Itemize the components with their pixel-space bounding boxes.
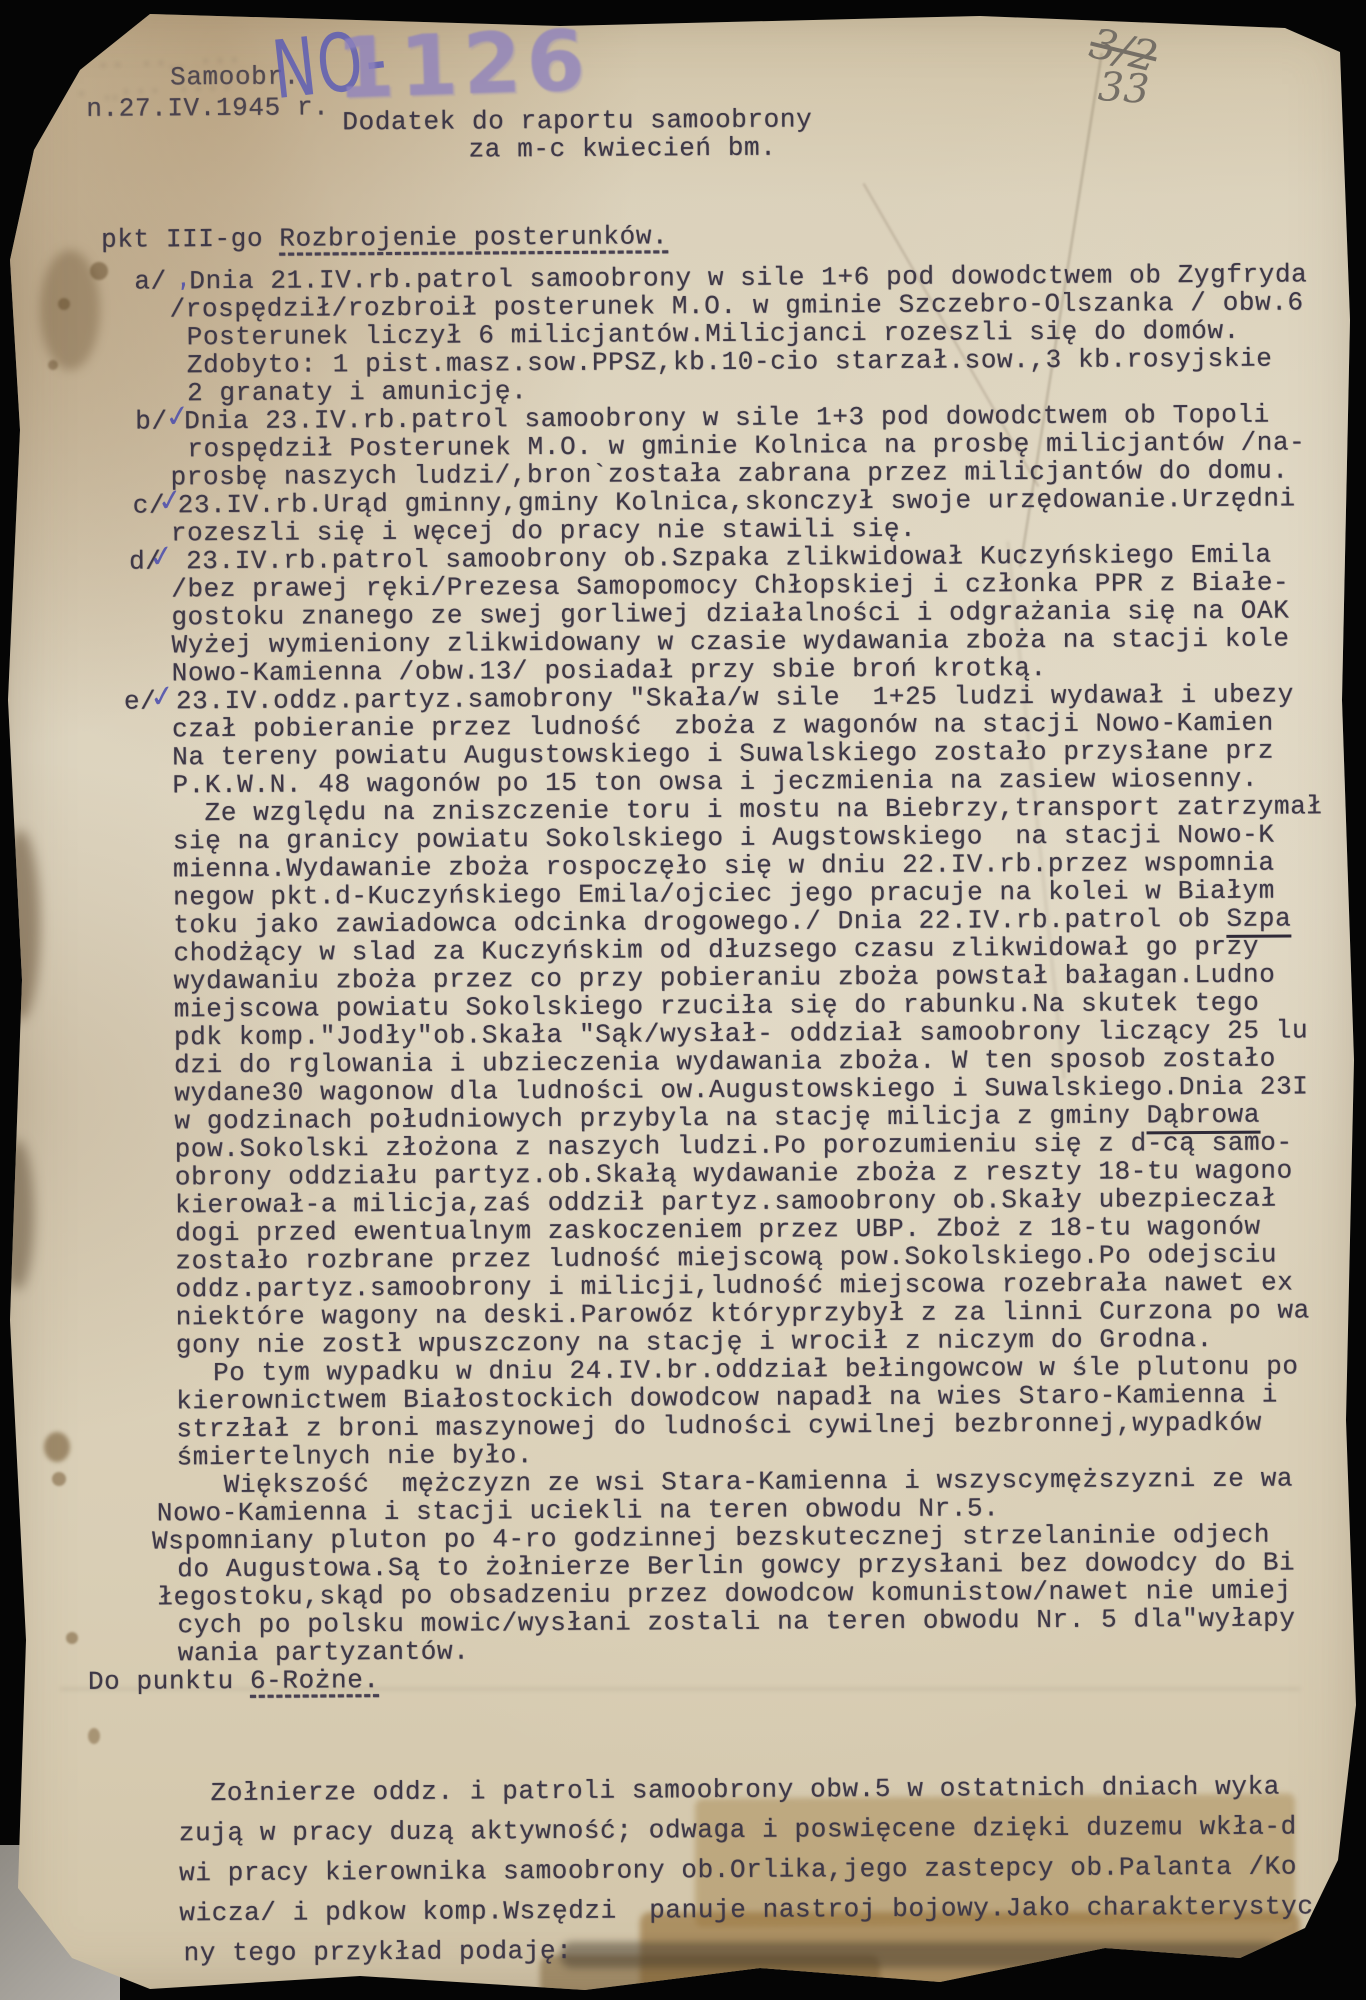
handwritten-checkmark: , <box>175 263 189 292</box>
line-text: 2 granaty i amunicję. <box>187 376 527 408</box>
item-marker: b/ <box>135 407 168 435</box>
line-text: wicza/ i pdkow komp.Wszędzi panuje nastr… <box>179 1891 1313 1928</box>
pencil-note-bottom: 33 <box>1097 64 1151 113</box>
document-line: ny tego przykład podaję: <box>11 1926 1366 1974</box>
item-marker: a/ <box>134 267 167 295</box>
line-text: Zołnierze oddz. i patroli samoobrony obw… <box>210 1772 1280 1809</box>
line-text: wania partyzantów. <box>178 1637 470 1669</box>
handwritten-checkmark: ✓ <box>163 402 193 433</box>
document-body: pkt III-go Rozbrojenie posterunków.a/,Dn… <box>1 218 1366 1974</box>
line-text: Rozbrojenie posterunków. <box>279 221 668 253</box>
stamp-number: 1126 <box>335 11 592 117</box>
handwritten-checkmark: ✓ <box>147 542 177 573</box>
line-text: 6-Rożne. <box>250 1665 380 1696</box>
handwritten-checkmark: ✓ <box>156 486 186 517</box>
section-heading: Do punktu 6-Rożne. <box>10 1660 1366 1696</box>
line-text: wi pracy kierownika samoobrony ob.Orlika… <box>179 1851 1297 1888</box>
report-title-line2: za m-c kwiecień bm. <box>468 134 776 164</box>
line-text: zują w pracy duzą aktywność; odwaga i po… <box>179 1811 1297 1848</box>
line-text: pkt III-go <box>101 224 279 255</box>
document-paper: ·· ··‥ ··· · ‥··· ···· Samoobr. n.27.IV.… <box>0 0 1366 2000</box>
line-text: ny tego przykład podaję: <box>183 1936 572 1968</box>
handwritten-checkmark: ✓ <box>148 682 178 713</box>
line-text: Do punktu <box>88 1666 250 1697</box>
scan-background: { "page": { "registry_number_handwritten… <box>0 0 1366 2000</box>
document-content: ·· ··‥ ··· · ‥··· ···· Samoobr. n.27.IV.… <box>0 0 1366 2000</box>
section-heading: pkt III-go Rozbrojenie posterunków. <box>1 218 1366 254</box>
